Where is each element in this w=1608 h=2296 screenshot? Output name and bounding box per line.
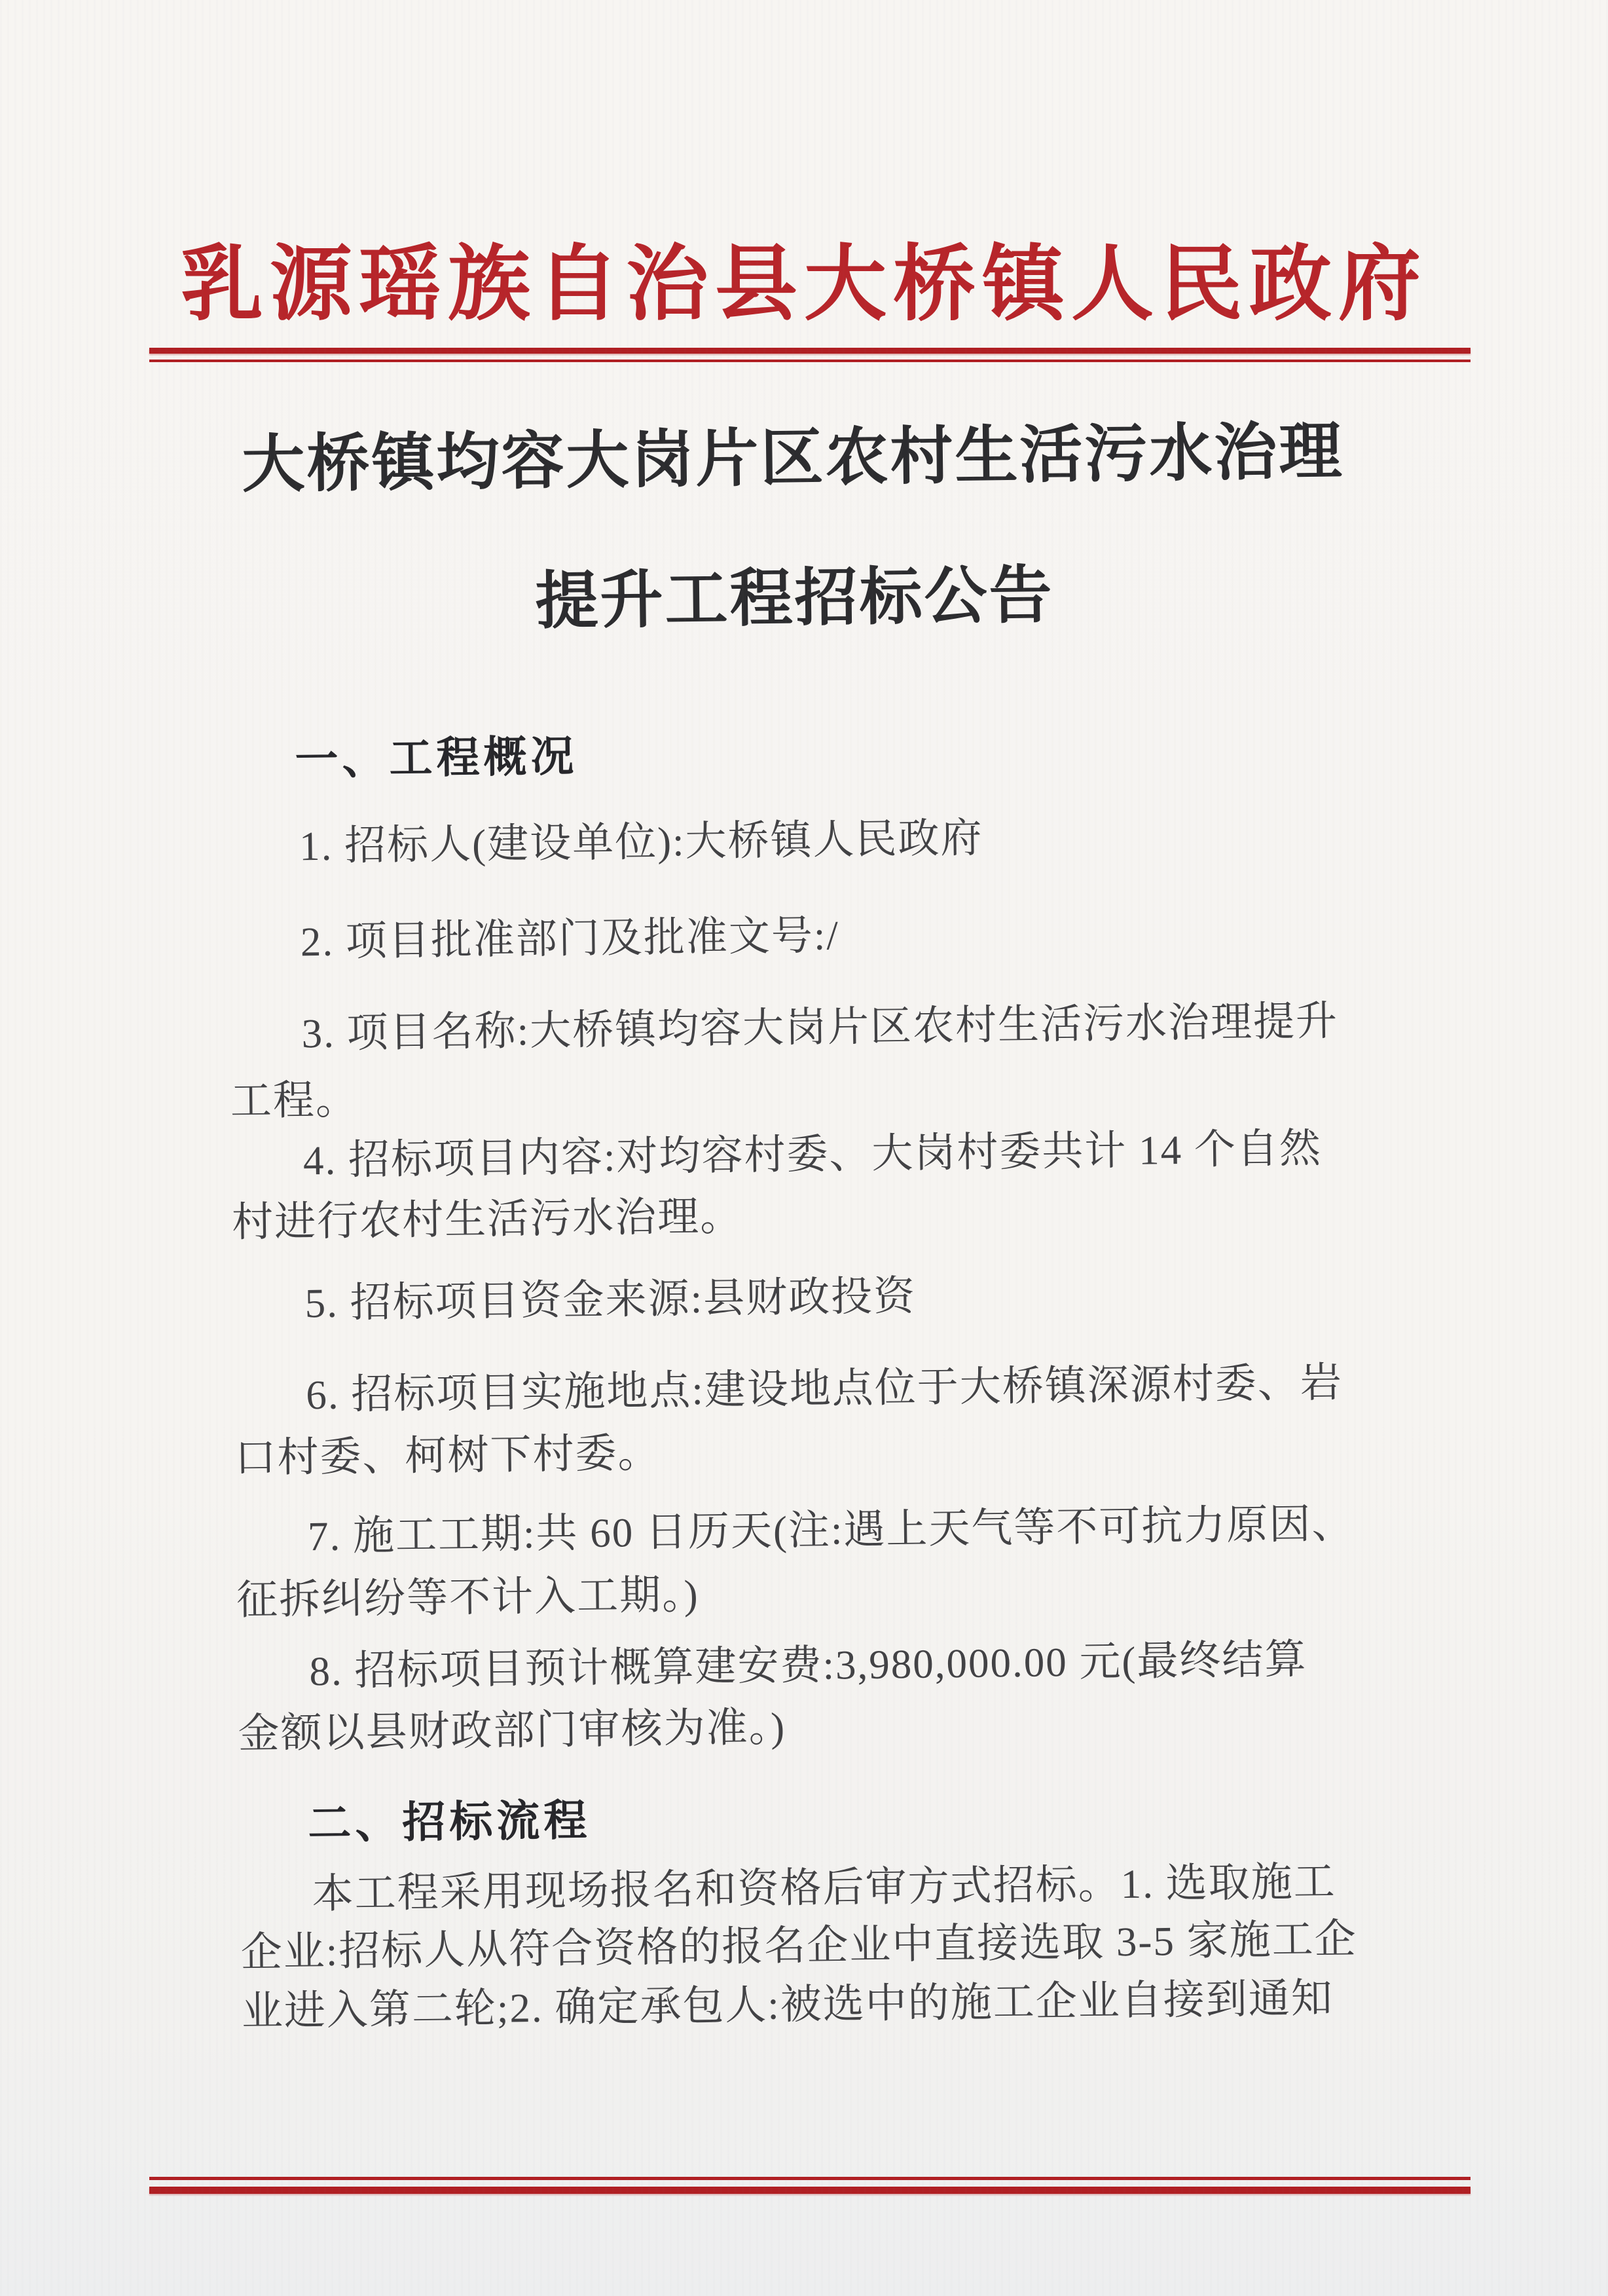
doc-line-item3-a: 3. 项目名称:大桥镇均容大岗片区农村生活污水治理提升 [301, 997, 1338, 1058]
doc-line-item4-b: 村进行农村生活污水治理。 [232, 1193, 743, 1246]
section-2-heading: 二、招标流程 [308, 1796, 591, 1849]
footer-rule-thin [149, 2177, 1471, 2180]
document-body: 大桥镇均容大岗片区农村生活污水治理 提升工程招标公告 一、工程概况 1. 招标人… [0, 0, 1608, 2296]
doc-line-item4-a: 4. 招标项目内容:对均容村委、大岗村委共计 14 个自然 [303, 1124, 1323, 1184]
doc-line-item6-a: 6. 招标项目实施地点:建设地点位于大桥镇深源村委、岩 [306, 1359, 1343, 1419]
doc-line-item8-a: 8. 招标项目预计概算建安费:3,980,000.00 元(最终结算 [309, 1636, 1307, 1695]
doc-line-item7-a: 7. 施工工期:共 60 日历天(注:遇上天气等不可抗力原因、 [308, 1500, 1355, 1561]
document-title-line-2: 提升工程招标公告 [0, 553, 1599, 644]
doc-line-item8-b: 金额以县财政部门审核为准。) [238, 1703, 786, 1758]
scanned-document-page: 乳源瑶族自治县大桥镇人民政府 大桥镇均容大岗片区农村生活污水治理 提升工程招标公… [0, 0, 1608, 2296]
doc-line-item1: 1. 招标人(建设单位):大桥镇人民政府 [299, 815, 983, 870]
doc-line-item3-b: 工程。 [230, 1076, 358, 1125]
doc-line-item7-b: 征拆纠纷等不计入工期。) [236, 1571, 699, 1624]
doc-line-para-3: 业进入第二轮;2. 确定承包人:被选中的施工企业自接到通知 [241, 1974, 1334, 2035]
footer-rule-thick [149, 2187, 1471, 2194]
doc-line-item6-b: 口村委、柯树下村委。 [234, 1430, 661, 1482]
doc-line-para-2: 企业:招标人从符合资格的报名企业中直接选取 3-5 家施工企 [240, 1916, 1357, 1976]
section-1-heading: 一、工程概况 [295, 731, 578, 785]
doc-line-para-1: 本工程采用现场报名和资格后审方式招标。1. 选取施工 [312, 1858, 1336, 1918]
document-title-line-1: 大桥镇均容大岗片区农村生活污水治理 [0, 413, 1598, 504]
doc-line-item2: 2. 项目批准部门及批准文号:/ [300, 912, 839, 965]
doc-line-item5: 5. 招标项目资金来源:县财政投资 [304, 1272, 916, 1327]
